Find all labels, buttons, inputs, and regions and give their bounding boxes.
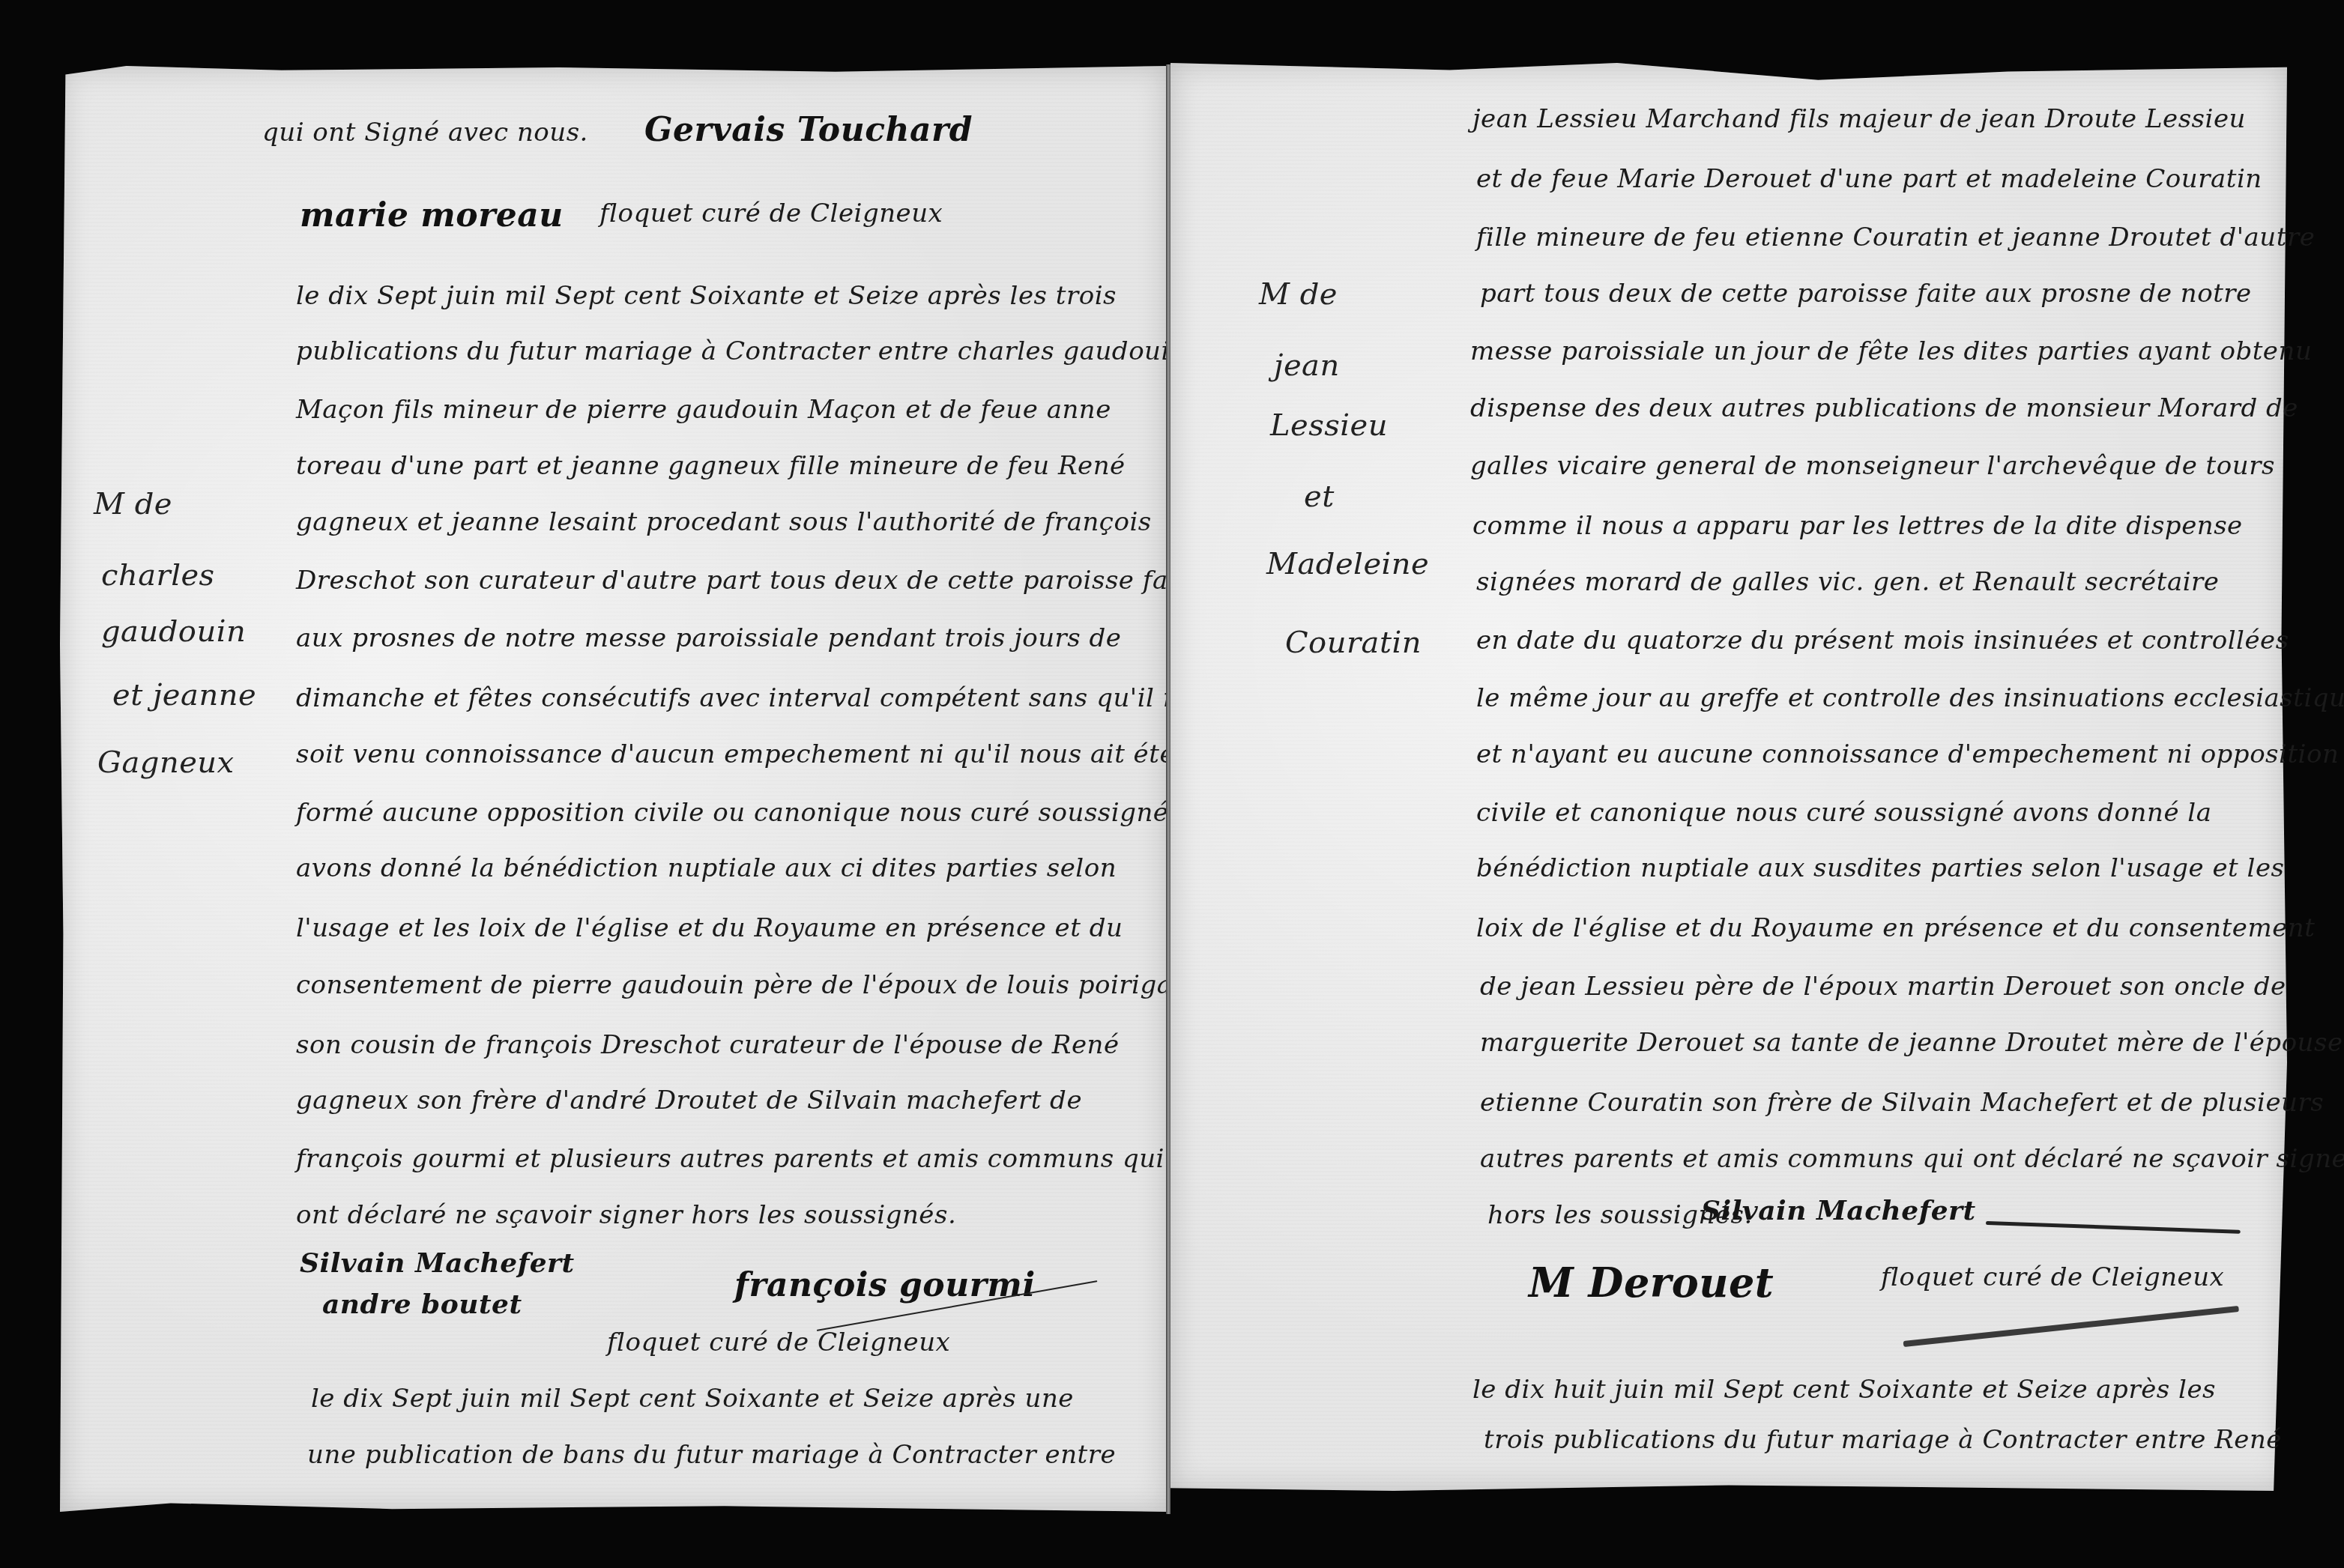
signature-m-derouet: M Derouet (1529, 1259, 1774, 1307)
margin-note-line: gaudouin (101, 614, 246, 649)
entry-line: messe paroissiale un jour de fête les di… (1470, 339, 2312, 364)
signature-silvain-machefert: Silvain Machefert (1701, 1195, 1976, 1226)
entry-line: galles vicaire general de monseigneur l'… (1470, 453, 2275, 479)
next-entry-line: le dix Sept juin mil Sept cent Soixante … (311, 1386, 1074, 1411)
margin-note-line: et (1304, 479, 1335, 514)
margin-note-line: et jeanne (112, 678, 256, 712)
entry-line: consentement de pierre gaudouin père de … (296, 972, 1200, 998)
entry-line: part tous deux de cette paroisse faite a… (1480, 281, 2252, 306)
entry-line: dispense des deux autres publications de… (1470, 396, 2298, 421)
margin-note-line: M de (1259, 277, 1338, 312)
entry-line: toreau d'une part et jeanne gagneux fill… (296, 453, 1126, 479)
entry-line: françois gourmi et plusieurs autres pare… (296, 1146, 1165, 1172)
margin-note-line: Couratin (1285, 626, 1422, 660)
signature-curate: floquet curé de Cleigneux (607, 1330, 950, 1355)
entry-line: Maçon fils mineur de pierre gaudouin Maç… (296, 397, 1111, 423)
entry-line: jean Lessieu Marchand fils majeur de jea… (1472, 106, 2246, 132)
margin-note-line: jean (1274, 348, 1340, 383)
entry-line: le même jour au greffe et controlle des … (1476, 685, 2344, 711)
margin-note-line: Madeleine (1266, 547, 1429, 581)
next-entry-line: une publication de bans du futur mariage… (307, 1442, 1116, 1468)
entry-line: formé aucune opposition civile ou canoni… (296, 800, 1168, 826)
entry-line: gagneux son frère d'andré Droutet de Sil… (296, 1088, 1082, 1113)
entry-line: Dreschot son curateur d'autre part tous … (296, 568, 1216, 593)
entry-line: et de feue Marie Derouet d'une part et m… (1476, 166, 2262, 192)
entry-line: autres parents et amis communs qui ont d… (1480, 1146, 2344, 1172)
margin-note-line: Gagneux (97, 745, 235, 780)
signature-curate: floquet curé de Cleigneux (1881, 1265, 2224, 1290)
entry-line: et n'ayant eu aucune connoissance d'empe… (1476, 742, 2339, 767)
entry-line: bénédiction nuptiale aux susdites partie… (1476, 856, 2284, 881)
entry-line: fille mineure de feu etienne Couratin et… (1476, 225, 2315, 250)
entry-line: loix de l'église et du Royaume en présen… (1476, 915, 2315, 941)
closing-line: qui ont Signé avec nous. (262, 120, 588, 145)
signature-gervais-touchard: Gervais Touchard (644, 111, 973, 149)
page-gutter (1166, 64, 1171, 1514)
entry-line: le dix Sept juin mil Sept cent Soixante … (296, 283, 1117, 309)
entry-line: gagneux et jeanne lesaint procedant sous… (296, 509, 1152, 535)
margin-note-line: Lessieu (1270, 408, 1388, 443)
signature-silvain-machefert: Silvain Machefert (300, 1247, 575, 1279)
entry-line: comme il nous a apparu par les lettres d… (1472, 513, 2243, 539)
entry-line: soit venu connoissance d'aucun empecheme… (296, 742, 1175, 767)
entry-line: dimanche et fêtes consécutifs avec inter… (296, 685, 1225, 711)
next-entry-line: trois publications du futur mariage à Co… (1484, 1427, 2282, 1453)
entry-line: son cousin de françois Dreschot curateur… (296, 1032, 1120, 1058)
entry-line: avons donné la bénédiction nuptiale aux … (296, 856, 1117, 881)
entry-line: civile et canonique nous curé soussigné … (1476, 800, 2211, 826)
margin-note-line: M de (94, 487, 172, 521)
signature-curate: floquet curé de Cleigneux (599, 201, 943, 226)
entry-line: signées morard de galles vic. gen. et Re… (1476, 569, 2219, 595)
entry-line: aux prosnes de notre messe paroissiale p… (296, 626, 1121, 651)
entry-line: ont déclaré ne sçavoir signer hors les s… (296, 1202, 956, 1228)
entry-line: l'usage et les loix de l'église et du Ro… (296, 915, 1123, 941)
scanned-register-spread: qui ont Signé avec nous. Gervais Touchar… (0, 0, 2344, 1568)
entry-line: publications du futur mariage à Contract… (296, 339, 1186, 364)
next-entry-line: le dix huit juin mil Sept cent Soixante … (1472, 1377, 2216, 1402)
entry-line: etienne Couratin son frère de Silvain Ma… (1480, 1090, 2324, 1116)
entry-line: de jean Lessieu père de l'époux martin D… (1480, 974, 2286, 999)
margin-note-line: charles (101, 558, 215, 593)
entry-line: en date du quatorze du présent mois insi… (1476, 628, 2289, 653)
signature-marie-moreau: marie moreau (300, 196, 564, 234)
entry-line: marguerite Derouet sa tante de jeanne Dr… (1480, 1030, 2343, 1056)
signature-andre-boutet: andre boutet (322, 1289, 522, 1320)
